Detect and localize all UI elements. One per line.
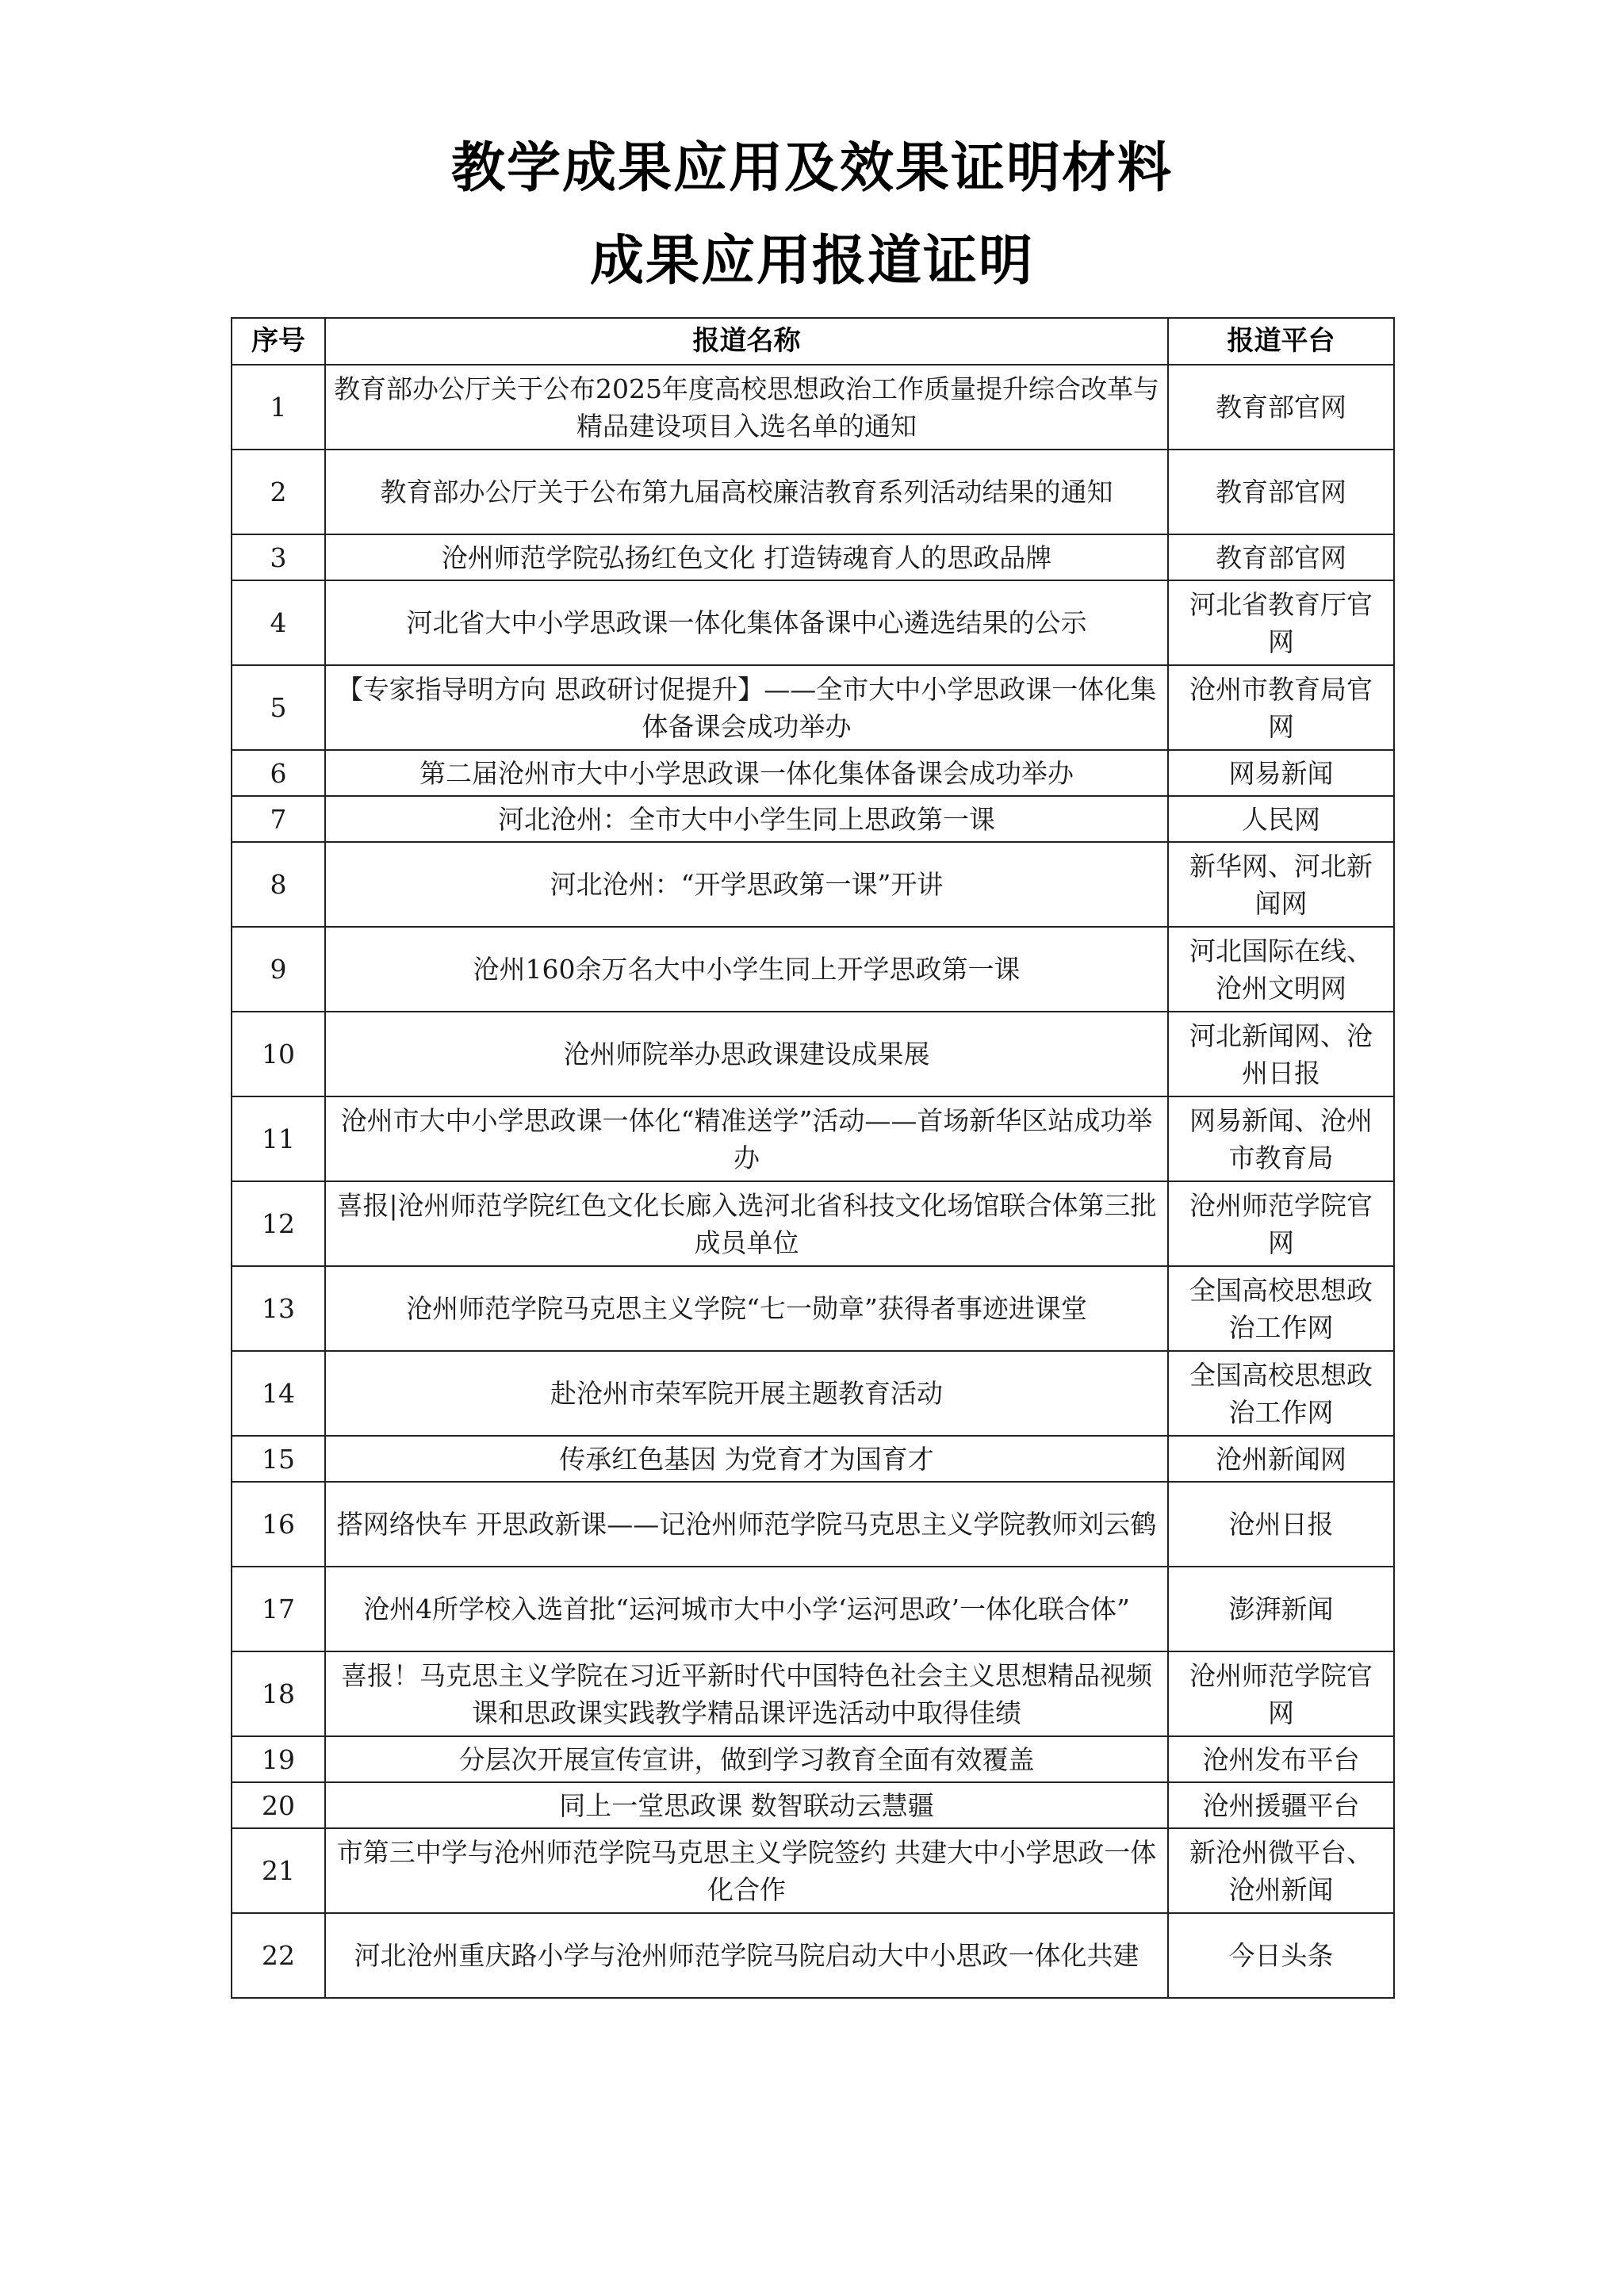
row-number: 13 bbox=[232, 1266, 325, 1351]
table-row: 14赴沧州市荣军院开展主题教育活动全国高校思想政治工作网 bbox=[232, 1351, 1394, 1436]
row-number: 15 bbox=[232, 1436, 325, 1482]
report-title: 教育部办公厅关于公布第九届高校廉洁教育系列活动结果的通知 bbox=[325, 450, 1168, 534]
table-row: 1教育部办公厅关于公布2025年度高校思想政治工作质量提升综合改革与精品建设项目… bbox=[232, 365, 1394, 450]
row-number: 22 bbox=[232, 1913, 325, 1998]
report-platform: 澎湃新闻 bbox=[1168, 1567, 1394, 1651]
report-title: 同上一堂思政课 数智联动云慧疆 bbox=[325, 1782, 1168, 1828]
table-row: 8河北沧州：“开学思政第一课”开讲新华网、河北新闻网 bbox=[232, 842, 1394, 927]
report-platform: 沧州日报 bbox=[1168, 1482, 1394, 1567]
report-platform: 教育部官网 bbox=[1168, 450, 1394, 534]
report-platform: 沧州发布平台 bbox=[1168, 1736, 1394, 1782]
table-header-row: 序号 报道名称 报道平台 bbox=[232, 318, 1394, 365]
report-platform: 新华网、河北新闻网 bbox=[1168, 842, 1394, 927]
report-title: 河北沧州：“开学思政第一课”开讲 bbox=[325, 842, 1168, 927]
report-title: 搭网络快车 开思政新课——记沧州师范学院马克思主义学院教师刘云鹤 bbox=[325, 1482, 1168, 1567]
report-title: 教育部办公厅关于公布2025年度高校思想政治工作质量提升综合改革与精品建设项目入… bbox=[325, 365, 1168, 450]
header-title: 报道名称 bbox=[325, 318, 1168, 365]
table-row: 19分层次开展宣传宣讲，做到学习教育全面有效覆盖沧州发布平台 bbox=[232, 1736, 1394, 1782]
report-platform: 教育部官网 bbox=[1168, 534, 1394, 580]
report-title: 传承红色基因 为党育才为国育才 bbox=[325, 1436, 1168, 1482]
report-platform: 人民网 bbox=[1168, 796, 1394, 842]
table-row: 20同上一堂思政课 数智联动云慧疆沧州援疆平台 bbox=[232, 1782, 1394, 1828]
row-number: 5 bbox=[232, 665, 325, 750]
report-platform: 全国高校思想政治工作网 bbox=[1168, 1351, 1394, 1436]
report-title: 河北沧州：全市大中小学生同上思政第一课 bbox=[325, 796, 1168, 842]
report-title: 沧州市大中小学思政课一体化“精准送学”活动——首场新华区站成功举办 bbox=[325, 1096, 1168, 1181]
table-row: 9沧州160余万名大中小学生同上开学思政第一课河北国际在线、沧州文明网 bbox=[232, 927, 1394, 1012]
row-number: 9 bbox=[232, 927, 325, 1012]
table-row: 10沧州师院举办思政课建设成果展河北新闻网、沧州日报 bbox=[232, 1012, 1394, 1096]
report-title: 河北省大中小学思政课一体化集体备课中心遴选结果的公示 bbox=[325, 580, 1168, 665]
table-row: 12喜报|沧州师范学院红色文化长廊入选河北省科技文化场馆联合体第三批成员单位沧州… bbox=[232, 1181, 1394, 1266]
table-row: 18喜报！马克思主义学院在习近平新时代中国特色社会主义思想精品视频课和思政课实践… bbox=[232, 1651, 1394, 1736]
row-number: 3 bbox=[232, 534, 325, 580]
report-platform: 新沧州微平台、沧州新闻 bbox=[1168, 1828, 1394, 1913]
row-number: 20 bbox=[232, 1782, 325, 1828]
report-platform: 河北新闻网、沧州日报 bbox=[1168, 1012, 1394, 1096]
row-number: 8 bbox=[232, 842, 325, 927]
report-title: 沧州师范学院马克思主义学院“七一勋章”获得者事迹进课堂 bbox=[325, 1266, 1168, 1351]
row-number: 14 bbox=[232, 1351, 325, 1436]
table-row: 7河北沧州：全市大中小学生同上思政第一课人民网 bbox=[232, 796, 1394, 842]
report-title: 沧州师院举办思政课建设成果展 bbox=[325, 1012, 1168, 1096]
document-title: 教学成果应用及效果证明材料 bbox=[0, 133, 1624, 205]
table-row: 3沧州师范学院弘扬红色文化 打造铸魂育人的思政品牌教育部官网 bbox=[232, 534, 1394, 580]
table-row: 16搭网络快车 开思政新课——记沧州师范学院马克思主义学院教师刘云鹤沧州日报 bbox=[232, 1482, 1394, 1567]
row-number: 12 bbox=[232, 1181, 325, 1266]
report-title: 赴沧州市荣军院开展主题教育活动 bbox=[325, 1351, 1168, 1436]
report-title: 分层次开展宣传宣讲，做到学习教育全面有效覆盖 bbox=[325, 1736, 1168, 1782]
report-title: 喜报|沧州师范学院红色文化长廊入选河北省科技文化场馆联合体第三批成员单位 bbox=[325, 1181, 1168, 1266]
table-body: 1教育部办公厅关于公布2025年度高校思想政治工作质量提升综合改革与精品建设项目… bbox=[232, 365, 1394, 1998]
report-title: 市第三中学与沧州师范学院马克思主义学院签约 共建大中小学思政一体化合作 bbox=[325, 1828, 1168, 1913]
report-platform: 沧州援疆平台 bbox=[1168, 1782, 1394, 1828]
report-platform: 网易新闻 bbox=[1168, 750, 1394, 796]
report-title: 沧州师范学院弘扬红色文化 打造铸魂育人的思政品牌 bbox=[325, 534, 1168, 580]
table-row: 21市第三中学与沧州师范学院马克思主义学院签约 共建大中小学思政一体化合作新沧州… bbox=[232, 1828, 1394, 1913]
table-row: 13沧州师范学院马克思主义学院“七一勋章”获得者事迹进课堂全国高校思想政治工作网 bbox=[232, 1266, 1394, 1351]
report-table: 序号 报道名称 报道平台 1教育部办公厅关于公布2025年度高校思想政治工作质量… bbox=[231, 317, 1395, 1999]
table-row: 17沧州4所学校入选首批“运河城市大中小学‘运河思政’一体化联合体”澎湃新闻 bbox=[232, 1567, 1394, 1651]
header-no: 序号 bbox=[232, 318, 325, 365]
report-platform: 教育部官网 bbox=[1168, 365, 1394, 450]
row-number: 16 bbox=[232, 1482, 325, 1567]
report-title: 第二届沧州市大中小学思政课一体化集体备课会成功举办 bbox=[325, 750, 1168, 796]
row-number: 10 bbox=[232, 1012, 325, 1096]
report-title: 【专家指导明方向 思政研讨促提升】——全市大中小学思政课一体化集体备课会成功举办 bbox=[325, 665, 1168, 750]
report-platform: 全国高校思想政治工作网 bbox=[1168, 1266, 1394, 1351]
report-platform: 沧州师范学院官网 bbox=[1168, 1651, 1394, 1736]
row-number: 11 bbox=[232, 1096, 325, 1181]
row-number: 2 bbox=[232, 450, 325, 534]
row-number: 21 bbox=[232, 1828, 325, 1913]
report-title: 沧州160余万名大中小学生同上开学思政第一课 bbox=[325, 927, 1168, 1012]
report-platform: 沧州师范学院官网 bbox=[1168, 1181, 1394, 1266]
header-platform: 报道平台 bbox=[1168, 318, 1394, 365]
report-platform: 沧州新闻网 bbox=[1168, 1436, 1394, 1482]
table-row: 22河北沧州重庆路小学与沧州师范学院马院启动大中小思政一体化共建今日头条 bbox=[232, 1913, 1394, 1998]
row-number: 19 bbox=[232, 1736, 325, 1782]
table-row: 2教育部办公厅关于公布第九届高校廉洁教育系列活动结果的通知教育部官网 bbox=[232, 450, 1394, 534]
report-platform: 今日头条 bbox=[1168, 1913, 1394, 1998]
report-title: 河北沧州重庆路小学与沧州师范学院马院启动大中小思政一体化共建 bbox=[325, 1913, 1168, 1998]
report-platform: 网易新闻、沧州市教育局 bbox=[1168, 1096, 1394, 1181]
table-row: 6第二届沧州市大中小学思政课一体化集体备课会成功举办网易新闻 bbox=[232, 750, 1394, 796]
table-row: 5【专家指导明方向 思政研讨促提升】——全市大中小学思政课一体化集体备课会成功举… bbox=[232, 665, 1394, 750]
report-title: 喜报！马克思主义学院在习近平新时代中国特色社会主义思想精品视频课和思政课实践教学… bbox=[325, 1651, 1168, 1736]
table-row: 11沧州市大中小学思政课一体化“精准送学”活动——首场新华区站成功举办网易新闻、… bbox=[232, 1096, 1394, 1181]
row-number: 4 bbox=[232, 580, 325, 665]
table-row: 4河北省大中小学思政课一体化集体备课中心遴选结果的公示河北省教育厅官网 bbox=[232, 580, 1394, 665]
row-number: 7 bbox=[232, 796, 325, 842]
row-number: 6 bbox=[232, 750, 325, 796]
row-number: 18 bbox=[232, 1651, 325, 1736]
report-platform: 河北省教育厅官网 bbox=[1168, 580, 1394, 665]
document-subtitle: 成果应用报道证明 bbox=[0, 226, 1624, 297]
report-platform: 沧州市教育局官网 bbox=[1168, 665, 1394, 750]
row-number: 17 bbox=[232, 1567, 325, 1651]
row-number: 1 bbox=[232, 365, 325, 450]
report-title: 沧州4所学校入选首批“运河城市大中小学‘运河思政’一体化联合体” bbox=[325, 1567, 1168, 1651]
table-row: 15传承红色基因 为党育才为国育才沧州新闻网 bbox=[232, 1436, 1394, 1482]
report-platform: 河北国际在线、沧州文明网 bbox=[1168, 927, 1394, 1012]
